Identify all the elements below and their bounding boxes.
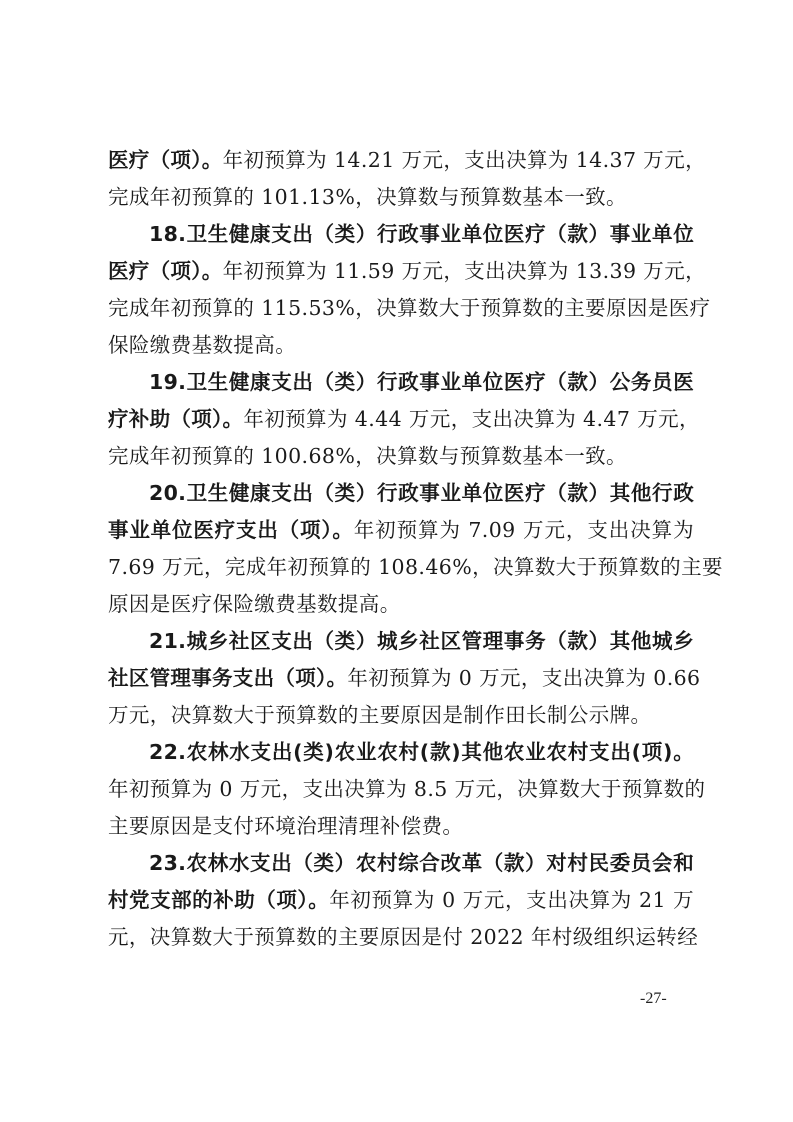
body-text: 完成年初预算的 101.13%，决算数与预算数基本一致。 (108, 185, 627, 209)
heading-fragment: 村党支部的补助（项）。 (108, 888, 329, 912)
body-text: 年初预算为 7.09 万元，支出决算为 (354, 518, 694, 542)
item-heading-20: 20.卫生健康支出（类）行政事业单位医疗（款）其他行政 (108, 475, 694, 512)
body-text: 元，决算数大于预算数的主要原因是付 2022 年村级组织运转经 (108, 925, 698, 949)
page-number: -27- (640, 990, 667, 1008)
item-heading-22: 22.农林水支出(类)农业农村(款)其他农业农村支出(项)。 (108, 734, 694, 771)
text-line: 事业单位医疗支出（项）。年初预算为 7.09 万元，支出决算为 (108, 512, 694, 549)
body-text: 原因是医疗保险缴费基数提高。 (108, 592, 401, 616)
text-line: 年初预算为 0 万元，支出决算为 8.5 万元，决算数大于预算数的 (108, 771, 694, 808)
heading-fragment: 20.卫生健康支出（类）行政事业单位医疗（款）其他行政 (149, 481, 694, 505)
text-line: 原因是医疗保险缴费基数提高。 (108, 586, 694, 623)
text-line: 社区管理事务支出（项）。年初预算为 0 万元，支出决算为 0.66 (108, 660, 694, 697)
text-line: 医疗（项）。年初预算为 11.59 万元，支出决算为 13.39 万元， (108, 253, 694, 290)
text-line: 万元，决算数大于预算数的主要原因是制作田长制公示牌。 (108, 697, 694, 734)
heading-fragment: 疗补助（项）。 (108, 407, 243, 431)
heading-fragment: 19.卫生健康支出（类）行政事业单位医疗（款）公务员医 (149, 370, 694, 394)
heading-fragment: 医疗（项）。 (108, 148, 223, 172)
text-line: 完成年初预算的 101.13%，决算数与预算数基本一致。 (108, 179, 694, 216)
document-page: 医疗（项）。年初预算为 14.21 万元，支出决算为 14.37 万元， 完成年… (0, 0, 793, 1122)
heading-fragment: 事业单位医疗支出（项）。 (108, 518, 354, 542)
body-text: 年初预算为 0 万元，支出决算为 21 万 (329, 888, 694, 912)
body-text: 年初预算为 4.44 万元，支出决算为 4.47 万元， (243, 407, 700, 431)
text-line: 完成年初预算的 100.68%，决算数与预算数基本一致。 (108, 438, 694, 475)
body-text: 7.69 万元，完成年初预算的 108.46%，决算数大于预算数的主要 (108, 555, 723, 579)
body-text: 完成年初预算的 115.53%，决算数大于预算数的主要原因是医疗 (108, 296, 711, 320)
item-heading-21: 21.城乡社区支出（类）城乡社区管理事务（款）其他城乡 (108, 623, 694, 660)
body-text: 保险缴费基数提高。 (108, 333, 296, 357)
text-line: 主要原因是支付环境治理清理补偿费。 (108, 808, 694, 845)
heading-fragment: 21.城乡社区支出（类）城乡社区管理事务（款）其他城乡 (149, 629, 694, 653)
item-heading-19: 19.卫生健康支出（类）行政事业单位医疗（款）公务员医 (108, 364, 694, 401)
text-line: 医疗（项）。年初预算为 14.21 万元，支出决算为 14.37 万元， (108, 142, 694, 179)
text-line: 保险缴费基数提高。 (108, 327, 694, 364)
text-line: 元，决算数大于预算数的主要原因是付 2022 年村级组织运转经 (108, 919, 694, 956)
heading-fragment: 18.卫生健康支出（类）行政事业单位医疗（款）事业单位 (149, 222, 694, 246)
body-text: 完成年初预算的 100.68%，决算数与预算数基本一致。 (108, 444, 627, 468)
item-heading-18: 18.卫生健康支出（类）行政事业单位医疗（款）事业单位 (108, 216, 694, 253)
heading-fragment: 医疗（项）。 (108, 259, 223, 283)
item-heading-23: 23.农林水支出（类）农村综合改革（款）对村民委员会和 (108, 845, 694, 882)
text-line: 完成年初预算的 115.53%，决算数大于预算数的主要原因是医疗 (108, 290, 694, 327)
document-body: 医疗（项）。年初预算为 14.21 万元，支出决算为 14.37 万元， 完成年… (108, 142, 694, 956)
body-text: 年初预算为 11.59 万元，支出决算为 13.39 万元， (223, 259, 706, 283)
heading-fragment: 23.农林水支出（类）农村综合改革（款）对村民委员会和 (149, 851, 694, 875)
body-text: 万元，决算数大于预算数的主要原因是制作田长制公示牌。 (108, 703, 651, 727)
text-line: 村党支部的补助（项）。年初预算为 0 万元，支出决算为 21 万 (108, 882, 694, 919)
heading-fragment: 22.农林水支出(类)农业农村(款)其他农业农村支出(项)。 (149, 740, 694, 764)
body-text: 主要原因是支付环境治理清理补偿费。 (108, 814, 463, 838)
text-line: 7.69 万元，完成年初预算的 108.46%，决算数大于预算数的主要 (108, 549, 694, 586)
heading-fragment: 社区管理事务支出（项）。 (108, 666, 347, 690)
body-text: 年初预算为 0 万元，支出决算为 8.5 万元，决算数大于预算数的 (108, 777, 705, 801)
body-text: 年初预算为 0 万元，支出决算为 0.66 (347, 666, 700, 690)
body-text: 年初预算为 14.21 万元，支出决算为 14.37 万元， (223, 148, 706, 172)
text-line: 疗补助（项）。年初预算为 4.44 万元，支出决算为 4.47 万元， (108, 401, 694, 438)
